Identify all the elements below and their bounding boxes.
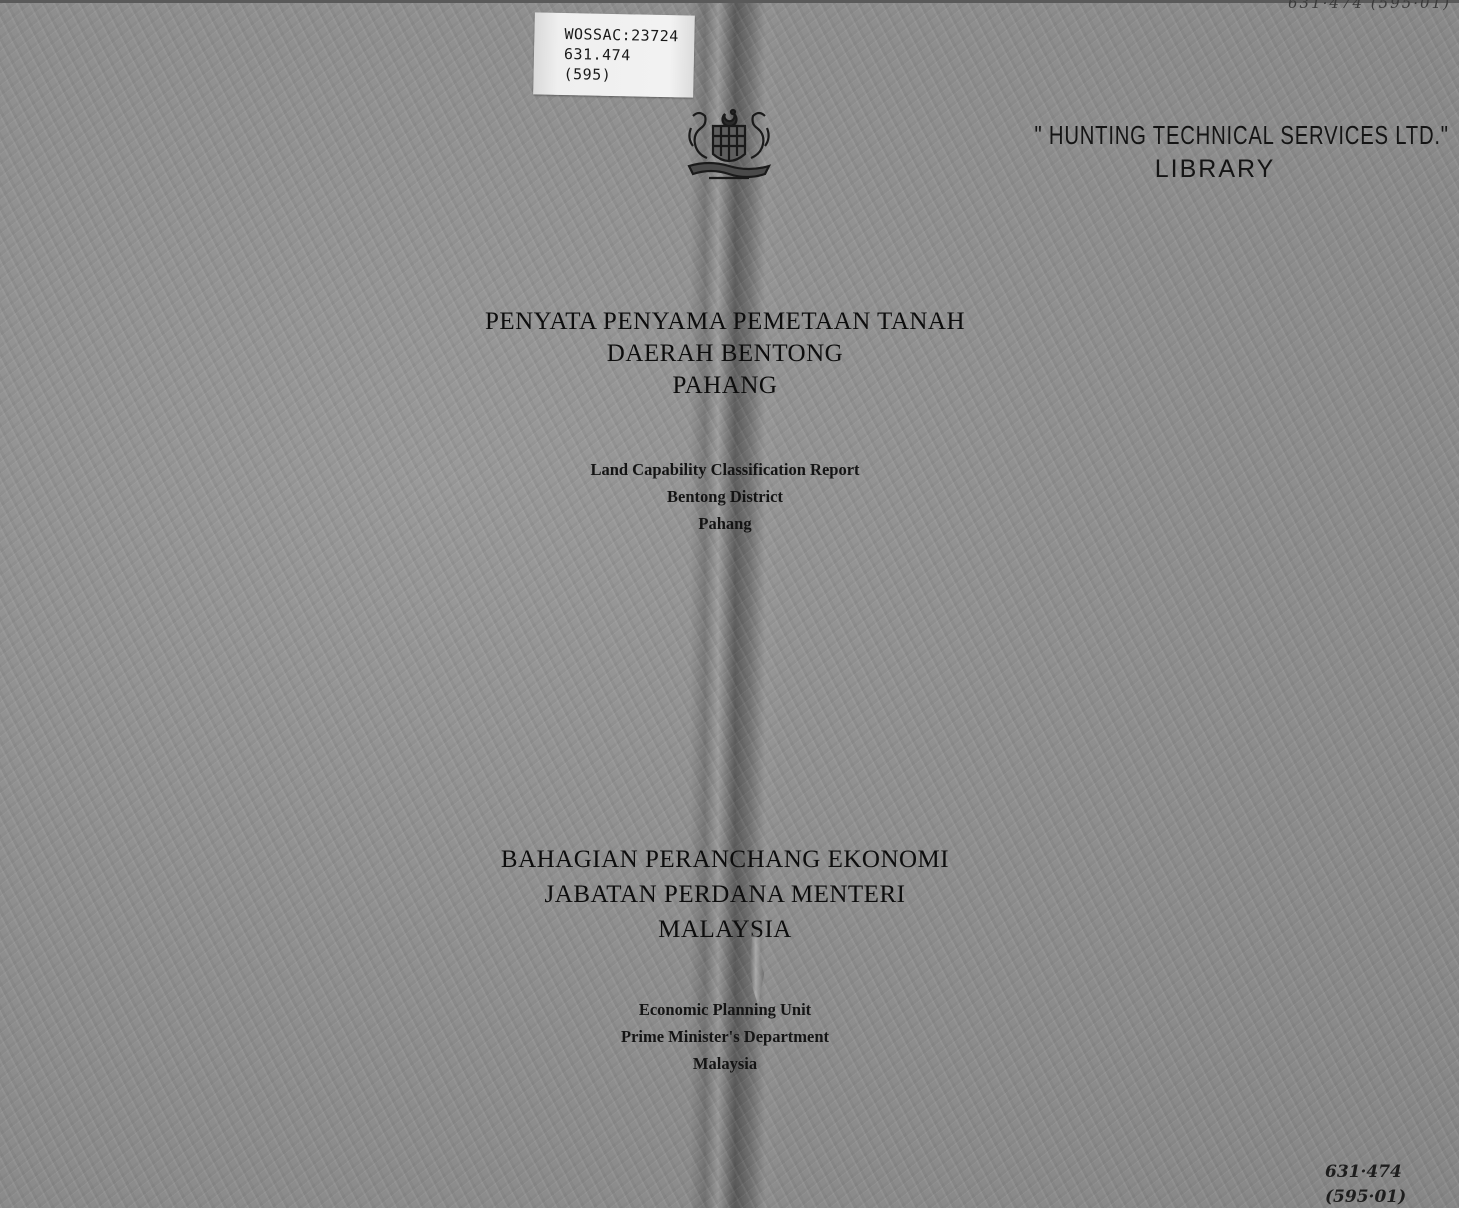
publisher-english-line-2: Prime Minister's Department	[520, 1023, 930, 1050]
label-classification: 631.474	[564, 45, 631, 64]
library-ownership-stamp: " HUNTING TECHNICAL SERVICES LTD." LIBRA…	[985, 120, 1435, 184]
title-english: Land Capability Classification Report Be…	[520, 456, 930, 537]
title-english-line-2: Bentong District	[520, 483, 930, 510]
publisher-malay-line-1: BAHAGIAN PERANCHANG EKONOMI	[440, 842, 1010, 877]
document-cover: 631·474 (595·01) WOSSAC:23724 631.474 (5…	[0, 0, 1459, 1208]
malaysia-coat-of-arms-icon	[683, 104, 775, 184]
label-accession-number: WOSSAC:23724	[564, 25, 679, 45]
publisher-malay: BAHAGIAN PERANCHANG EKONOMI JABATAN PERD…	[440, 842, 1010, 947]
handwritten-catalog-number-top: 631·474 (595·01)	[1288, 0, 1451, 12]
cover-top-edge	[0, 0, 1459, 3]
publisher-malay-line-3: MALAYSIA	[440, 912, 1010, 947]
handwritten-line-1: 631·474	[1325, 1160, 1435, 1185]
title-malay-line-1: PENYATA PENYAMA PEMETAAN TANAH	[430, 306, 1020, 338]
title-english-line-3: Pahang	[520, 510, 930, 537]
publisher-english-line-1: Economic Planning Unit	[520, 996, 930, 1023]
title-malay-line-2: DAERAH BENTONG	[430, 338, 1020, 370]
title-malay: PENYATA PENYAMA PEMETAAN TANAH DAERAH BE…	[430, 306, 1020, 402]
publisher-english-line-3: Malaysia	[520, 1050, 930, 1077]
library-label-sticker: WOSSAC:23724 631.474 (595)	[533, 12, 695, 97]
stamp-library: LIBRARY	[985, 155, 1435, 184]
publisher-english: Economic Planning Unit Prime Minister's …	[520, 996, 930, 1077]
label-volume: (595)	[563, 65, 611, 84]
stamp-company-name: " HUNTING TECHNICAL SERVICES LTD."	[1035, 120, 1386, 151]
title-malay-line-3: PAHANG	[430, 370, 1020, 402]
handwritten-catalog-number-bottom: 631·474 (595·01)	[1325, 1160, 1435, 1208]
handwritten-line-2: (595·01)	[1325, 1185, 1435, 1208]
publisher-malay-line-2: JABATAN PERDANA MENTERI	[440, 877, 1010, 912]
title-english-line-1: Land Capability Classification Report	[520, 456, 930, 483]
